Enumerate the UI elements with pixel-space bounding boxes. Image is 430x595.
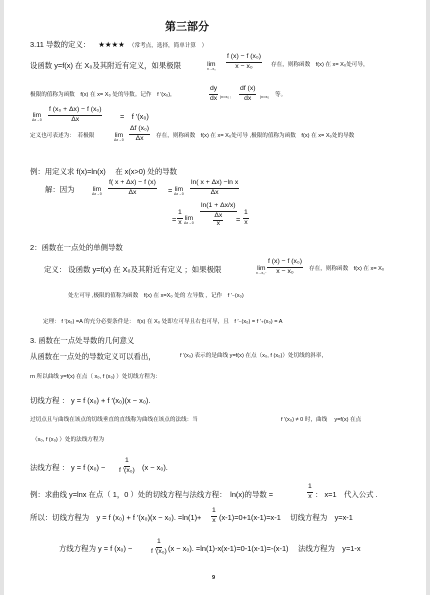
frac-den: x − x₀ [276,268,293,276]
lim-sub: Δx→0 [92,193,102,196]
eval-sub: |x=x₀ [260,95,269,99]
limit-operator: lim Δx→0 [92,187,102,196]
definition-line-1: 设函数 y=f(x) 在 X₀及其附近有定义，如果极限 [30,62,181,69]
lim-sub: Δx→0 [184,222,194,225]
document-page: 第三部分 3.11 导数的定义： ★★★★ （常考点，选择，简单计算 ） 设函数… [4,0,426,595]
frac-den: x [308,493,311,501]
limit-operator: lim Δx→0 [174,187,184,196]
lhs-fraction: f( x + Δx) − f (x) Δx [108,180,157,197]
log-fraction: ln(1 + Δx/x) Δx x [200,203,237,227]
frac-den: dx [210,95,217,103]
df-dx: df (x) dx [239,86,256,103]
page-title: 第三部分 [165,22,209,33]
frac-num: 1 [156,539,162,548]
page-number: 9 [212,576,215,582]
frac-num: dy [209,86,218,95]
derivative-fraction: 1 x [307,484,313,501]
frac-num: f (x) − f (x₀) [267,259,303,268]
lim-sub: Δx→0 [114,139,124,142]
frac-num: f (x) − f (x₀) [226,54,262,63]
frac-den: f ′(x₀) [151,548,167,556]
lim-sub: Δx→0 [174,193,184,196]
equals: = [172,216,176,223]
lim-sub: Δx→0 [32,119,42,122]
frac-den: Δx [71,116,79,124]
difference-quotient: f (x) − f (x₀) x − x₀ [226,54,262,71]
lim-sub: x→x₀⁻ [256,272,267,275]
frac-den: Δx [211,189,219,197]
limit-operator: lim Δx→0 [184,216,194,225]
one-sided-quotient: f (x) − f (x₀) x − x₀ [267,259,303,276]
inner-den: x [217,221,220,228]
limit-operator: lim x→x₀⁻ [256,266,267,275]
alt-definition-end: 存在，则称函数 f(x) 在 x= X₀处可导 ,极限的值称为函数 f(x) 在… [156,134,354,140]
example-2-tangent-start: 所以：切线方程为 y = f (x₀) + f ′(x₀)(x − x₀). =… [30,514,201,521]
example-2-tangent-end: (x-1)=0+1(x-1)=x-1 切线方程为 y=x-1 [219,514,353,521]
one-over-x: 1 x [211,508,217,525]
frac-num: f( x + Δx) − f (x) [108,180,157,189]
definition-line-1-end: 存在，则称函数 f(x) 在 x= X₀处可导， [271,63,369,69]
frac-num: 1 [243,210,249,219]
lim-sub: x→x₀ [207,68,216,71]
heading-note: （常考点，选择，简单计算 ） [129,43,207,49]
example-2-normal-end: (x − x₀). =ln(1)-x(x-1)=0-1(x-1)=-(x-1) … [168,545,361,552]
example-1-prompt: 例：用定义求 f(x)=ln(x) 在 x(x>0) 处的导数 [30,168,177,175]
one-sided-definition-start: 定义： 设函数 y=f(x) 在 X₀及其附近有定义 ；如果极限 [44,266,221,273]
frac-num: 1 [177,210,183,219]
limit-operator: lim Δx→0 [32,113,42,122]
one-sided-definition-end: 处左可导 ,极限的值称为函数 f(x) 在 x=X₀ 处的 左导数 ，记作 f … [68,294,244,300]
frac-num: df (x) [239,86,256,95]
derivative-rhs: = f ′(x₀) [120,113,149,120]
frac-num: 1 [124,458,130,467]
limit-operator: lim Δx→0 [114,133,124,142]
section-heading-3-11: 3.11 导数的定义： ★★★★ （常考点，选择，简单计算 ） [30,41,207,50]
result-fraction: 1 x [243,210,249,227]
delta-f-fraction: Δf (x₀) Δx [129,126,150,143]
frac-den: x − x₀ [235,63,252,71]
frac-den: Δx x [213,212,223,228]
solution-label: 解：因为 [45,186,75,193]
derivative-definition-fraction: f (x₀ + Δx) − f (x₀) Δx [48,107,102,124]
section-heading-2: 2：函数在一点处的单侧导数 [30,244,123,251]
frac-den: x [212,517,215,525]
geometric-meaning-start: 从函数在一点处的导数定义可以看出， [30,353,156,360]
frac-num: 1 [211,508,217,517]
limit-operator: lim x→x₀ [207,62,216,71]
normal-intro-end: f ′(x₀) ≠ 0 时，曲线 y=f(x) 在点 [281,418,361,424]
normal-equation-start: 法线方程 ： y = f (x₀) − [30,464,105,471]
etc-text: 等。 [275,93,286,99]
alt-definition-start: 定义也可表述为： 若极限 [30,134,94,140]
frac-den: Δx [128,189,136,197]
coef-fraction: 1 x [177,210,183,227]
theorem-line: 定理： f ′(x₀) =A 的充分必要条件是： f(x) 在 X₀ 处即左可导… [43,320,282,326]
equals: = [236,216,240,223]
example-2-normal-start: 方线方程为 y = f (x₀) − [59,545,132,552]
frac-num: ln( x + Δx) −ln x [190,180,239,189]
tangent-equation: 切线方程 ： y = f (x₀) + f ′(x₀)(x − x₀). [30,397,150,404]
heading-text: 3.11 导数的定义： [30,40,90,49]
normal-intro-start: 过切点且与曲线在该点的切线垂直的直线称为曲线在该点的法线：当 [30,418,198,424]
frac-den: x [178,219,181,227]
equals: = [168,187,172,194]
example-2-prompt: 例：求曲线 y=lnx 在点（ 1，0 ）处的切线方程与法线方程： ln(x)的… [30,491,273,498]
normal-intro-point: （x₀, f (x₀) ）处的法线方程为 [32,438,104,444]
importance-stars: ★★★★ [98,40,125,49]
eval-sub: |x=x₀ ; [220,95,231,99]
reciprocal-derivative: 1 f ′(x₀) [151,539,167,556]
frac-num: f (x₀ + Δx) − f (x₀) [48,107,102,116]
section-heading-3: 3. 函数在一点处导数的几何意义 [30,337,134,344]
geometric-meaning-end: f ′(x₀) 表示的是曲线 y=f(x) 在点（x₀, f (x₀)）处切线的… [180,354,327,360]
reciprocal-derivative: 1 f ′(x₀) [119,458,135,475]
rhs-fraction: ln( x + Δx) −ln x Δx [190,180,239,197]
frac-den: dx [244,95,251,103]
frac-den: f ′(x₀) [119,467,135,475]
one-sided-definition-mid: 存在，则称函数 f(x) 在 x= X₀ [309,267,384,273]
frac-num: 1 [307,484,313,493]
normal-equation-end: (x − x₀). [142,464,168,471]
frac-num: Δf (x₀) [129,126,150,135]
frac-den: Δx [136,135,144,143]
dy-dx: dy dx [209,86,218,103]
frac-num: ln(1 + Δx/x) [200,203,237,212]
frac-den: x [244,219,247,227]
example-2-substitute: ： x=1 代入公式 . [315,491,378,498]
definition-line-2: 极限的值称为函数 f(x) 在 x= X₀ 处的导数。记作 f ′(x₀), [30,93,172,99]
tangent-intro: rn 所以曲线 y=f(x) 在点（ x₀, f (x₀) ）处切线方程为： [30,375,161,381]
